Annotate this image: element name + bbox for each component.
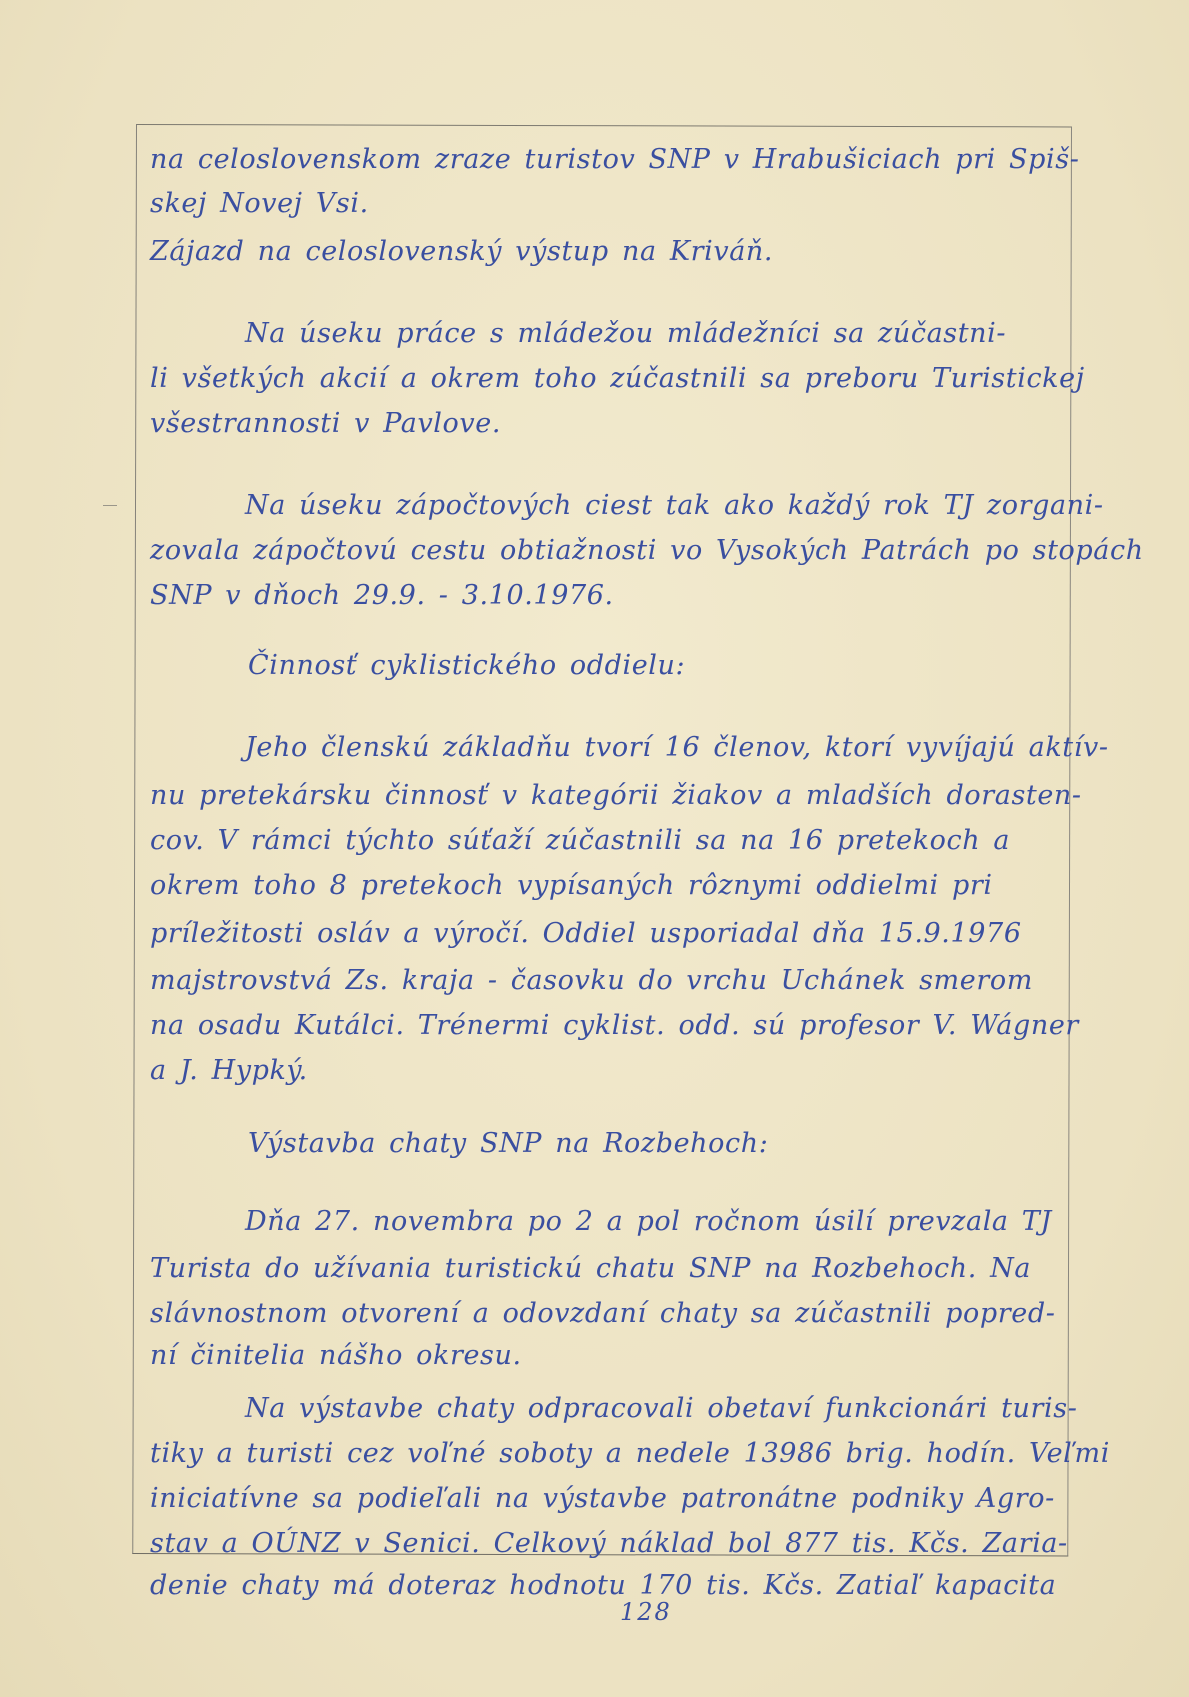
text-line: ní činitelia nášho okresu.: [150, 1342, 522, 1369]
text-line: na celoslovenskom zraze turistov SNP v H…: [150, 146, 1079, 173]
text-line: stav a OÚNZ v Senici. Celkový náklad bol…: [150, 1530, 1068, 1557]
text-line: zovala zápočtovú cestu obtiažnosti vo Vy…: [150, 537, 1144, 564]
text-line: denie chaty má doteraz hodnotu 170 tis. …: [150, 1572, 1056, 1599]
text-line: iniciatívne sa podieľali na výstavbe pat…: [150, 1485, 1055, 1512]
text-line: skej Novej Vsi.: [150, 190, 369, 217]
section-heading-chalet: Výstavba chaty SNP na Rozbehoch:: [150, 1130, 768, 1157]
text-line: Na úseku práce s mládežou mládežníci sa …: [150, 320, 1006, 347]
text-line: všestrannosti v Pavlove.: [150, 410, 501, 437]
page-number: 128: [620, 1598, 672, 1626]
text-line: príležitosti osláv a výročí. Oddiel uspo…: [150, 920, 1022, 947]
text-line: li všetkých akcií a okrem toho zúčastnil…: [150, 365, 1085, 392]
text-line: cov. V rámci týchto súťaží zúčastnili sa…: [150, 827, 1010, 854]
section-heading-cycling: Činnosť cyklistického oddielu:: [150, 652, 685, 679]
text-line: a J. Hypký.: [150, 1057, 308, 1084]
text-line: majstrovstvá Zs. kraja - časovku do vrch…: [150, 967, 1033, 994]
text-line: Turista do užívania turistickú chatu SNP…: [150, 1255, 1031, 1282]
text-line: okrem toho 8 pretekoch vypísaných rôznym…: [150, 872, 993, 899]
text-line: Na výstavbe chaty odpracovali obetaví fu…: [150, 1395, 1077, 1422]
text-line: slávnostnom otvorení a odovzdaní chaty s…: [150, 1300, 1055, 1327]
text-line: nu pretekársku činnosť v kategórii žiako…: [150, 782, 1082, 809]
text-line: SNP v dňoch 29.9. - 3.10.1976.: [150, 582, 614, 609]
text-line: na osadu Kutálci. Trénermi cyklist. odd.…: [150, 1012, 1079, 1039]
margin-mark: [103, 505, 117, 506]
text-line: Jeho členskú základňu tvorí 16 členov, k…: [150, 734, 1109, 761]
text-line: Dňa 27. novembra po 2 a pol ročnom úsilí…: [150, 1208, 1052, 1235]
text-line: Zájazd na celoslovenský výstup na Kriváň…: [150, 238, 773, 265]
text-line: tiky a turisti cez voľné soboty a nedele…: [150, 1440, 1110, 1467]
text-line: Na úseku zápočtových ciest tak ako každý…: [150, 492, 1104, 519]
